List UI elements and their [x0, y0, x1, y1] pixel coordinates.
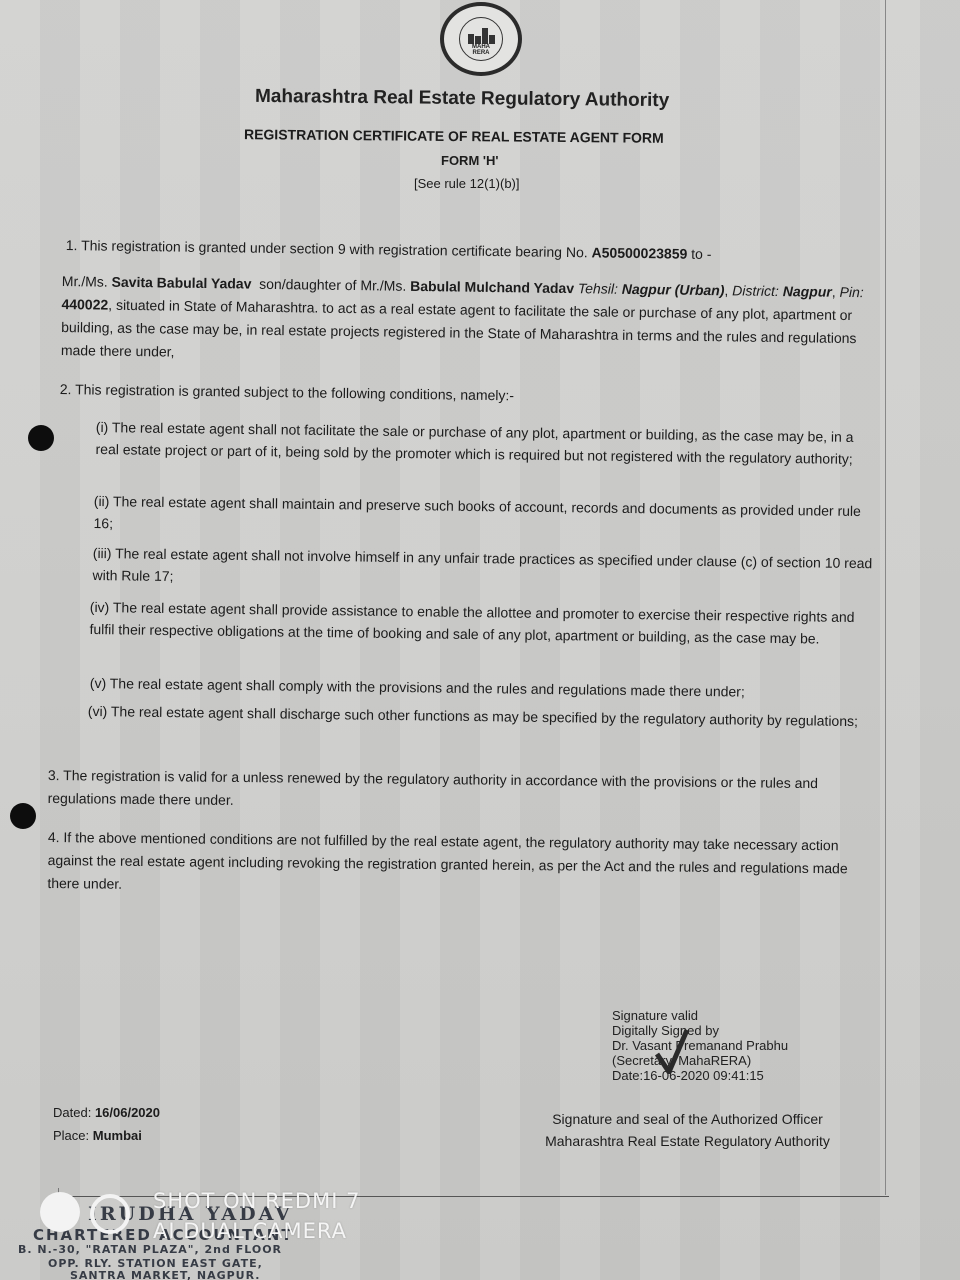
- place-value: Mumbai: [93, 1128, 142, 1143]
- camera-watermark: SHOT ON REDMI 7 AI DUAL CAMERA: [153, 1186, 360, 1246]
- page-border-right: [885, 0, 886, 1195]
- signature-date: Date:16-06-2020 09:41:15: [612, 1068, 788, 1083]
- clause-4: 4. If the above mentioned conditions are…: [47, 826, 873, 904]
- signer-name: Dr. Vasant Premanand Prabhu: [612, 1038, 788, 1053]
- clause-2-intro: 2. This registration is granted subject …: [60, 378, 880, 412]
- punch-hole: [10, 803, 36, 829]
- signature-check-icon: [655, 1028, 689, 1074]
- condition-ii: (ii) The real estate agent shall maintai…: [93, 490, 874, 544]
- caption-line-1: Signature and seal of the Authorized Off…: [540, 1108, 835, 1130]
- camera-watermark-dot-icon: [40, 1192, 80, 1232]
- prefix: Mr./Ms.: [62, 273, 108, 290]
- registration-number: A50500023859: [591, 244, 687, 261]
- district-value: Nagpur: [783, 283, 832, 300]
- clause-1-details: Mr./Ms. Savita Babulal Yadav son/daughte…: [61, 270, 877, 373]
- seal-inner: MAHA RERA: [459, 17, 503, 61]
- punch-hole: [28, 425, 54, 451]
- seal-text-2: RERA: [472, 50, 489, 56]
- district-label: District:: [732, 282, 779, 299]
- clause-1-intro: 1. This registration is granted under se…: [66, 234, 886, 268]
- tehsil-label: Tehsil:: [578, 280, 618, 297]
- watermark-line-2: AI DUAL CAMERA: [153, 1216, 360, 1246]
- stamp-address-3: SANTRA MARKET, NAGPUR.: [70, 1269, 260, 1280]
- signer-designation: (Secretary, MahaRERA): [612, 1053, 788, 1068]
- authority-title: Maharashtra Real Estate Regulatory Autho…: [255, 86, 669, 112]
- clause-1-text: 1. This registration is granted under se…: [66, 237, 588, 260]
- tehsil-value: Nagpur (Urban): [622, 281, 725, 298]
- rule-reference: [See rule 12(1)(b)]: [414, 176, 520, 191]
- signed-by-label: Digitally Signed by: [612, 1023, 788, 1038]
- agent-name: Savita Babulal Yadav: [112, 274, 252, 292]
- caption-line-2: Maharashtra Real Estate Regulatory Autho…: [540, 1130, 835, 1152]
- place-label: Place:: [53, 1128, 89, 1143]
- clause-1-rest: , situated in State of Maharashtra. to a…: [61, 297, 857, 360]
- parent-name: Babulal Mulchand Yadav: [410, 278, 574, 296]
- pin-label: Pin:: [839, 284, 863, 300]
- condition-iii: (iii) The real estate agent shall not in…: [92, 542, 873, 596]
- condition-v: (v) The real estate agent shall comply w…: [90, 672, 875, 704]
- form-label: FORM 'H': [441, 153, 498, 168]
- relation-text: son/daughter of Mr./Ms.: [259, 276, 406, 294]
- signature-status: Signature valid: [612, 1008, 788, 1023]
- certificate-title: REGISTRATION CERTIFICATE OF REAL ESTATE …: [244, 126, 664, 146]
- condition-vi: (vi) The real estate agent shall dischar…: [88, 700, 875, 732]
- building-icon: [468, 28, 495, 44]
- dated-label: Dated:: [53, 1105, 91, 1120]
- condition-iv: (iv) The real estate agent shall provide…: [89, 596, 875, 650]
- condition-i: (i) The real estate agent shall not faci…: [95, 416, 874, 470]
- pin-value: 440022: [61, 296, 108, 313]
- watermark-line-1: SHOT ON REDMI 7: [153, 1186, 360, 1216]
- maharera-logo: MAHA RERA: [440, 2, 522, 76]
- clause-3: 3. The registration is valid for a unles…: [48, 764, 873, 819]
- clause-1-end: to -: [691, 246, 711, 262]
- digital-signature-block: Signature valid Digitally Signed by Dr. …: [612, 1008, 788, 1083]
- signature-caption: Signature and seal of the Authorized Off…: [540, 1108, 835, 1152]
- date-place-block: Dated: 16/06/2020 Place: Mumbai: [53, 1101, 160, 1147]
- camera-watermark-ring-icon: [90, 1194, 130, 1234]
- dated-value: 16/06/2020: [95, 1105, 160, 1120]
